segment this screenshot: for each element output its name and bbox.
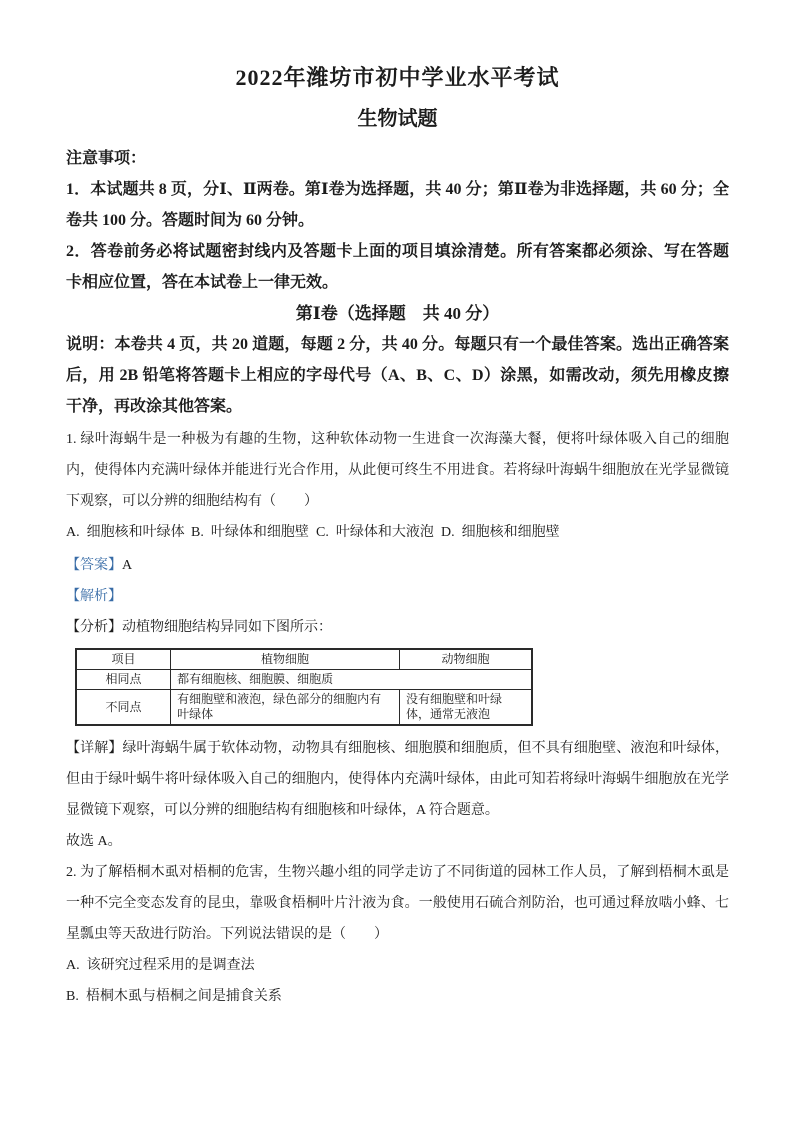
question-1-detail: 【详解】绿叶海蜗牛属于软体动物，动物具有细胞核、细胞膜和细胞质，但不具有细胞壁、… xyxy=(66,733,729,826)
question-2-option-a: A.该研究过程采用的是调查法 xyxy=(66,950,729,981)
cell-comparison-table: 项目 植物细胞 动物细胞 相同点 都有细胞核、细胞膜、细胞质 不同点 有细胞壁和… xyxy=(75,648,533,726)
question-1-conclusion: 故选 A。 xyxy=(66,826,729,857)
table-header-plant-cell: 植物细胞 xyxy=(171,649,400,670)
question-1-analysis-label: 【解析】 xyxy=(66,581,729,612)
section-1-heading: 第Ⅰ卷（选择题 共 40 分） xyxy=(66,298,729,329)
option-text: 细胞核和叶绿体 xyxy=(87,525,185,540)
table-cell-plant-diff: 有细胞壁和液泡，绿色部分的细胞内有叶绿体 xyxy=(171,690,400,726)
question-1-answer-line: 【答案】A xyxy=(66,550,729,581)
table-header-animal-cell: 动物细胞 xyxy=(400,649,532,670)
page-title: 2022年潍坊市初中学业水平考试 xyxy=(66,60,729,96)
answer-value: A xyxy=(122,558,132,573)
table-row-similarities: 相同点 都有细胞核、细胞膜、细胞质 xyxy=(76,670,532,690)
question-2-option-b: B.梧桐木虱与梧桐之间是捕食关系 xyxy=(66,981,729,1012)
option-text: 梧桐木虱与梧桐之间是捕食关系 xyxy=(86,989,282,1004)
option-label: C. xyxy=(316,525,329,540)
question-1-option-a: A.细胞核和叶绿体 xyxy=(66,517,191,548)
question-1-analysis-intro: 【分析】动植物细胞结构异同如下图所示： xyxy=(66,612,729,643)
option-label: D. xyxy=(441,525,455,540)
table-cell-animal-diff: 没有细胞壁和叶绿体，通常无液泡 xyxy=(400,690,532,726)
table-row-differences: 不同点 有细胞壁和液泡，绿色部分的细胞内有叶绿体 没有细胞壁和叶绿体，通常无液泡 xyxy=(76,690,532,726)
page-subtitle: 生物试题 xyxy=(66,102,729,136)
question-1-option-d: D.细胞核和细胞壁 xyxy=(441,517,560,548)
option-label: B. xyxy=(66,989,79,1004)
option-label: A. xyxy=(66,958,80,973)
table-header-item: 项目 xyxy=(76,649,171,670)
table-cell-similarities: 都有细胞核、细胞膜、细胞质 xyxy=(171,670,532,690)
option-label: A. xyxy=(66,525,80,540)
notice-item-1: 1．本试题共 8 页，分Ⅰ、Ⅱ两卷。第Ⅰ卷为选择题，共 40 分；第Ⅱ卷为非选择… xyxy=(66,174,729,236)
table-header-row: 项目 植物细胞 动物细胞 xyxy=(76,649,532,670)
option-text: 叶绿体和大液泡 xyxy=(336,525,434,540)
table-cell-item: 不同点 xyxy=(76,690,171,726)
option-text: 该研究过程采用的是调查法 xyxy=(87,958,255,973)
question-1-option-b: B.叶绿体和细胞壁 xyxy=(191,517,316,548)
table-cell-item: 相同点 xyxy=(76,670,171,690)
notice-item-2: 2．答卷前务必将试题密封线内及答题卡上面的项目填涂清楚。所有答案都必须涂、写在答… xyxy=(66,236,729,298)
question-1-stem: 1. 绿叶海蜗牛是一种极为有趣的生物，这种软体动物一生进食一次海藻大餐，便将叶绿… xyxy=(66,424,729,517)
exam-document-page: 2022年潍坊市初中学业水平考试 生物试题 注意事项： 1．本试题共 8 页，分… xyxy=(0,0,793,1122)
option-label: B. xyxy=(191,525,204,540)
question-1-options: A.细胞核和叶绿体 B.叶绿体和细胞壁 C.叶绿体和大液泡 D.细胞核和细胞壁 xyxy=(66,517,729,548)
detail-text: 绿叶海蜗牛属于软体动物，动物具有细胞核、细胞膜和细胞质，但不具有细胞壁、液泡和叶… xyxy=(66,741,729,818)
section-1-instructions: 说明：本卷共 4 页，共 20 道题，每题 2 分，共 40 分。每题只有一个最… xyxy=(66,329,729,422)
question-1-option-c: C.叶绿体和大液泡 xyxy=(316,517,441,548)
option-text: 叶绿体和细胞壁 xyxy=(211,525,309,540)
notice-heading: 注意事项： xyxy=(66,143,729,174)
question-2-stem: 2. 为了解梧桐木虱对梧桐的危害，生物兴趣小组的同学走访了不同街道的园林工作人员… xyxy=(66,857,729,950)
option-text: 细胞核和细胞壁 xyxy=(462,525,560,540)
answer-label: 【答案】 xyxy=(66,558,122,573)
analysis-heading: 【分析】 xyxy=(66,620,122,635)
detail-label: 【详解】 xyxy=(66,741,122,756)
analysis-label: 【解析】 xyxy=(66,589,122,604)
analysis-text: 动植物细胞结构异同如下图所示： xyxy=(122,620,332,635)
